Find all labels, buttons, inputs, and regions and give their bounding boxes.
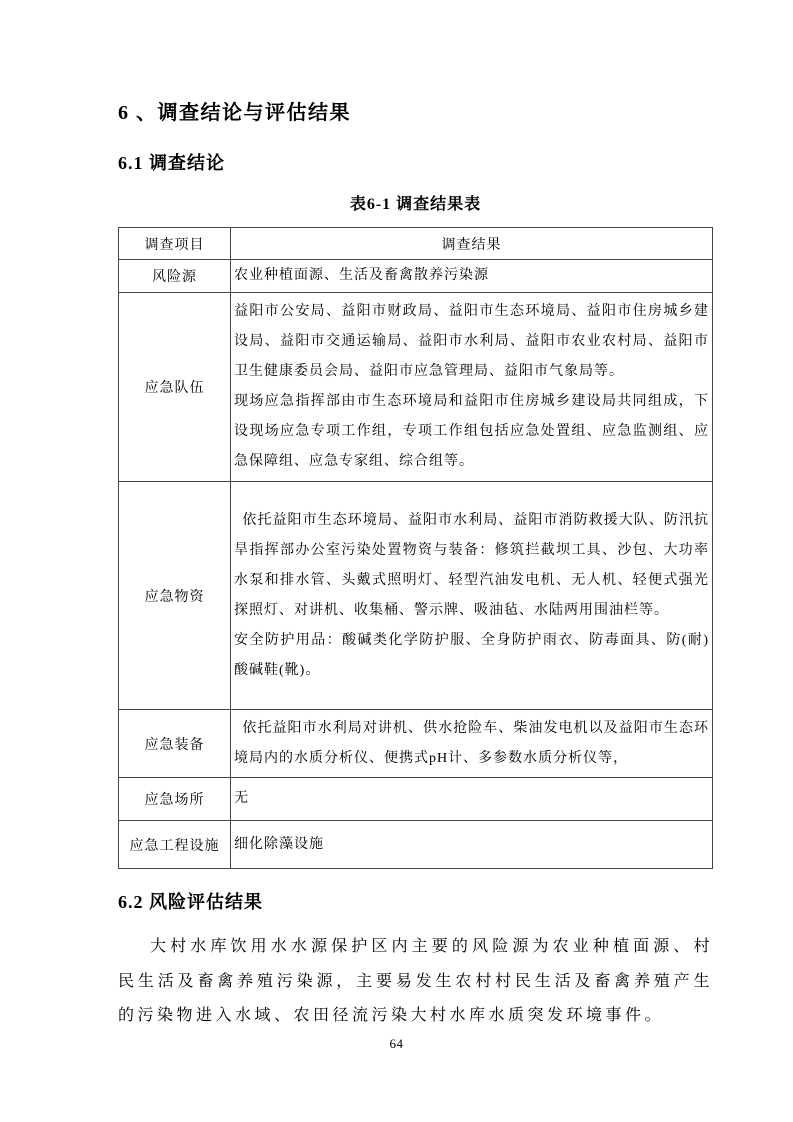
table-row-emergency-supplies: 应急物资 依托益阳市生态环境局、益阳市水利局、益阳市消防救援大队、防汛抗旱指挥部… (119, 482, 713, 710)
row-item-label: 应急队伍 (119, 293, 231, 482)
result-paragraph: 细化除藻设施 (234, 830, 709, 860)
result-paragraph: 依托益阳市生态环境局、益阳市水利局、益阳市消防救援大队、防汛抗旱指挥部办公室污染… (234, 506, 709, 626)
row-result-cell: 益阳市公安局、益阳市财政局、益阳市生态环境局、益阳市住房城乡建设局、益阳市交通运… (231, 293, 713, 482)
chapter-heading: 6 、调查结论与评估结果 (118, 96, 713, 125)
table-row-emergency-equipment: 应急装备 依托益阳市水利局对讲机、供水抢险车、柴油发电机以及益阳市生态环境局内的… (119, 710, 713, 778)
result-paragraph: 现场应急指挥部由市生态环境局和益阳市住房城乡建设局共同组成，下设现场应急专项工作… (234, 387, 709, 477)
section-heading-6-2: 6.2 风险评估结果 (118, 888, 713, 914)
table-header-item: 调查项目 (119, 228, 231, 260)
risk-assessment-paragraph: 大村水库饮用水水源保护区内主要的风险源为农业种植面源、村民生活及畜禽养殖污染源，… (118, 930, 713, 1034)
row-result-cell: 依托益阳市生态环境局、益阳市水利局、益阳市消防救援大队、防汛抗旱指挥部办公室污染… (231, 482, 713, 710)
row-item-label: 应急工程设施 (119, 821, 231, 869)
document-page: { "headings": { "h1": "6 、调查结论与评估结果", "h… (0, 0, 793, 1122)
table-caption: 表6-1 调查结果表 (118, 191, 713, 214)
row-item-label: 应急场所 (119, 778, 231, 821)
page-number: 64 (0, 1036, 793, 1052)
section-heading-6-1: 6.1 调查结论 (118, 149, 713, 175)
result-paragraph: 益阳市公安局、益阳市财政局、益阳市生态环境局、益阳市住房城乡建设局、益阳市交通运… (234, 297, 709, 387)
page-content: 6 、调查结论与评估结果 6.1 调查结论 表6-1 调查结果表 调查项目 调查… (118, 96, 713, 1034)
row-result-cell: 无 (231, 778, 713, 821)
table-header-result: 调查结果 (231, 228, 713, 260)
result-paragraph: 无 (234, 784, 709, 814)
table-row-emergency-engineering: 应急工程设施 细化除藻设施 (119, 821, 713, 869)
result-paragraph: 安全防护用品：酸碱类化学防护服、全身防护雨衣、防毒面具、防(耐)酸碱鞋(靴)。 (234, 626, 709, 686)
row-item-label: 应急装备 (119, 710, 231, 778)
table-row-risk-source: 风险源 农业种植面源、生活及畜禽散养污染源 (119, 260, 713, 293)
table-row-emergency-site: 应急场所 无 (119, 778, 713, 821)
row-result-cell: 农业种植面源、生活及畜禽散养污染源 (231, 260, 713, 293)
row-item-label: 应急物资 (119, 482, 231, 710)
survey-results-table: 调查项目 调查结果 风险源 农业种植面源、生活及畜禽散养污染源 应急队伍 益阳市… (118, 227, 713, 869)
row-result-cell: 依托益阳市水利局对讲机、供水抢险车、柴油发电机以及益阳市生态环境局内的水质分析仪… (231, 710, 713, 778)
row-item-label: 风险源 (119, 260, 231, 293)
result-paragraph: 农业种植面源、生活及畜禽散养污染源 (234, 261, 709, 291)
table-row-emergency-team: 应急队伍 益阳市公安局、益阳市财政局、益阳市生态环境局、益阳市住房城乡建设局、益… (119, 293, 713, 482)
row-result-cell: 细化除藻设施 (231, 821, 713, 869)
table-header-row: 调查项目 调查结果 (119, 228, 713, 260)
result-paragraph: 依托益阳市水利局对讲机、供水抢险车、柴油发电机以及益阳市生态环境局内的水质分析仪… (234, 714, 709, 774)
